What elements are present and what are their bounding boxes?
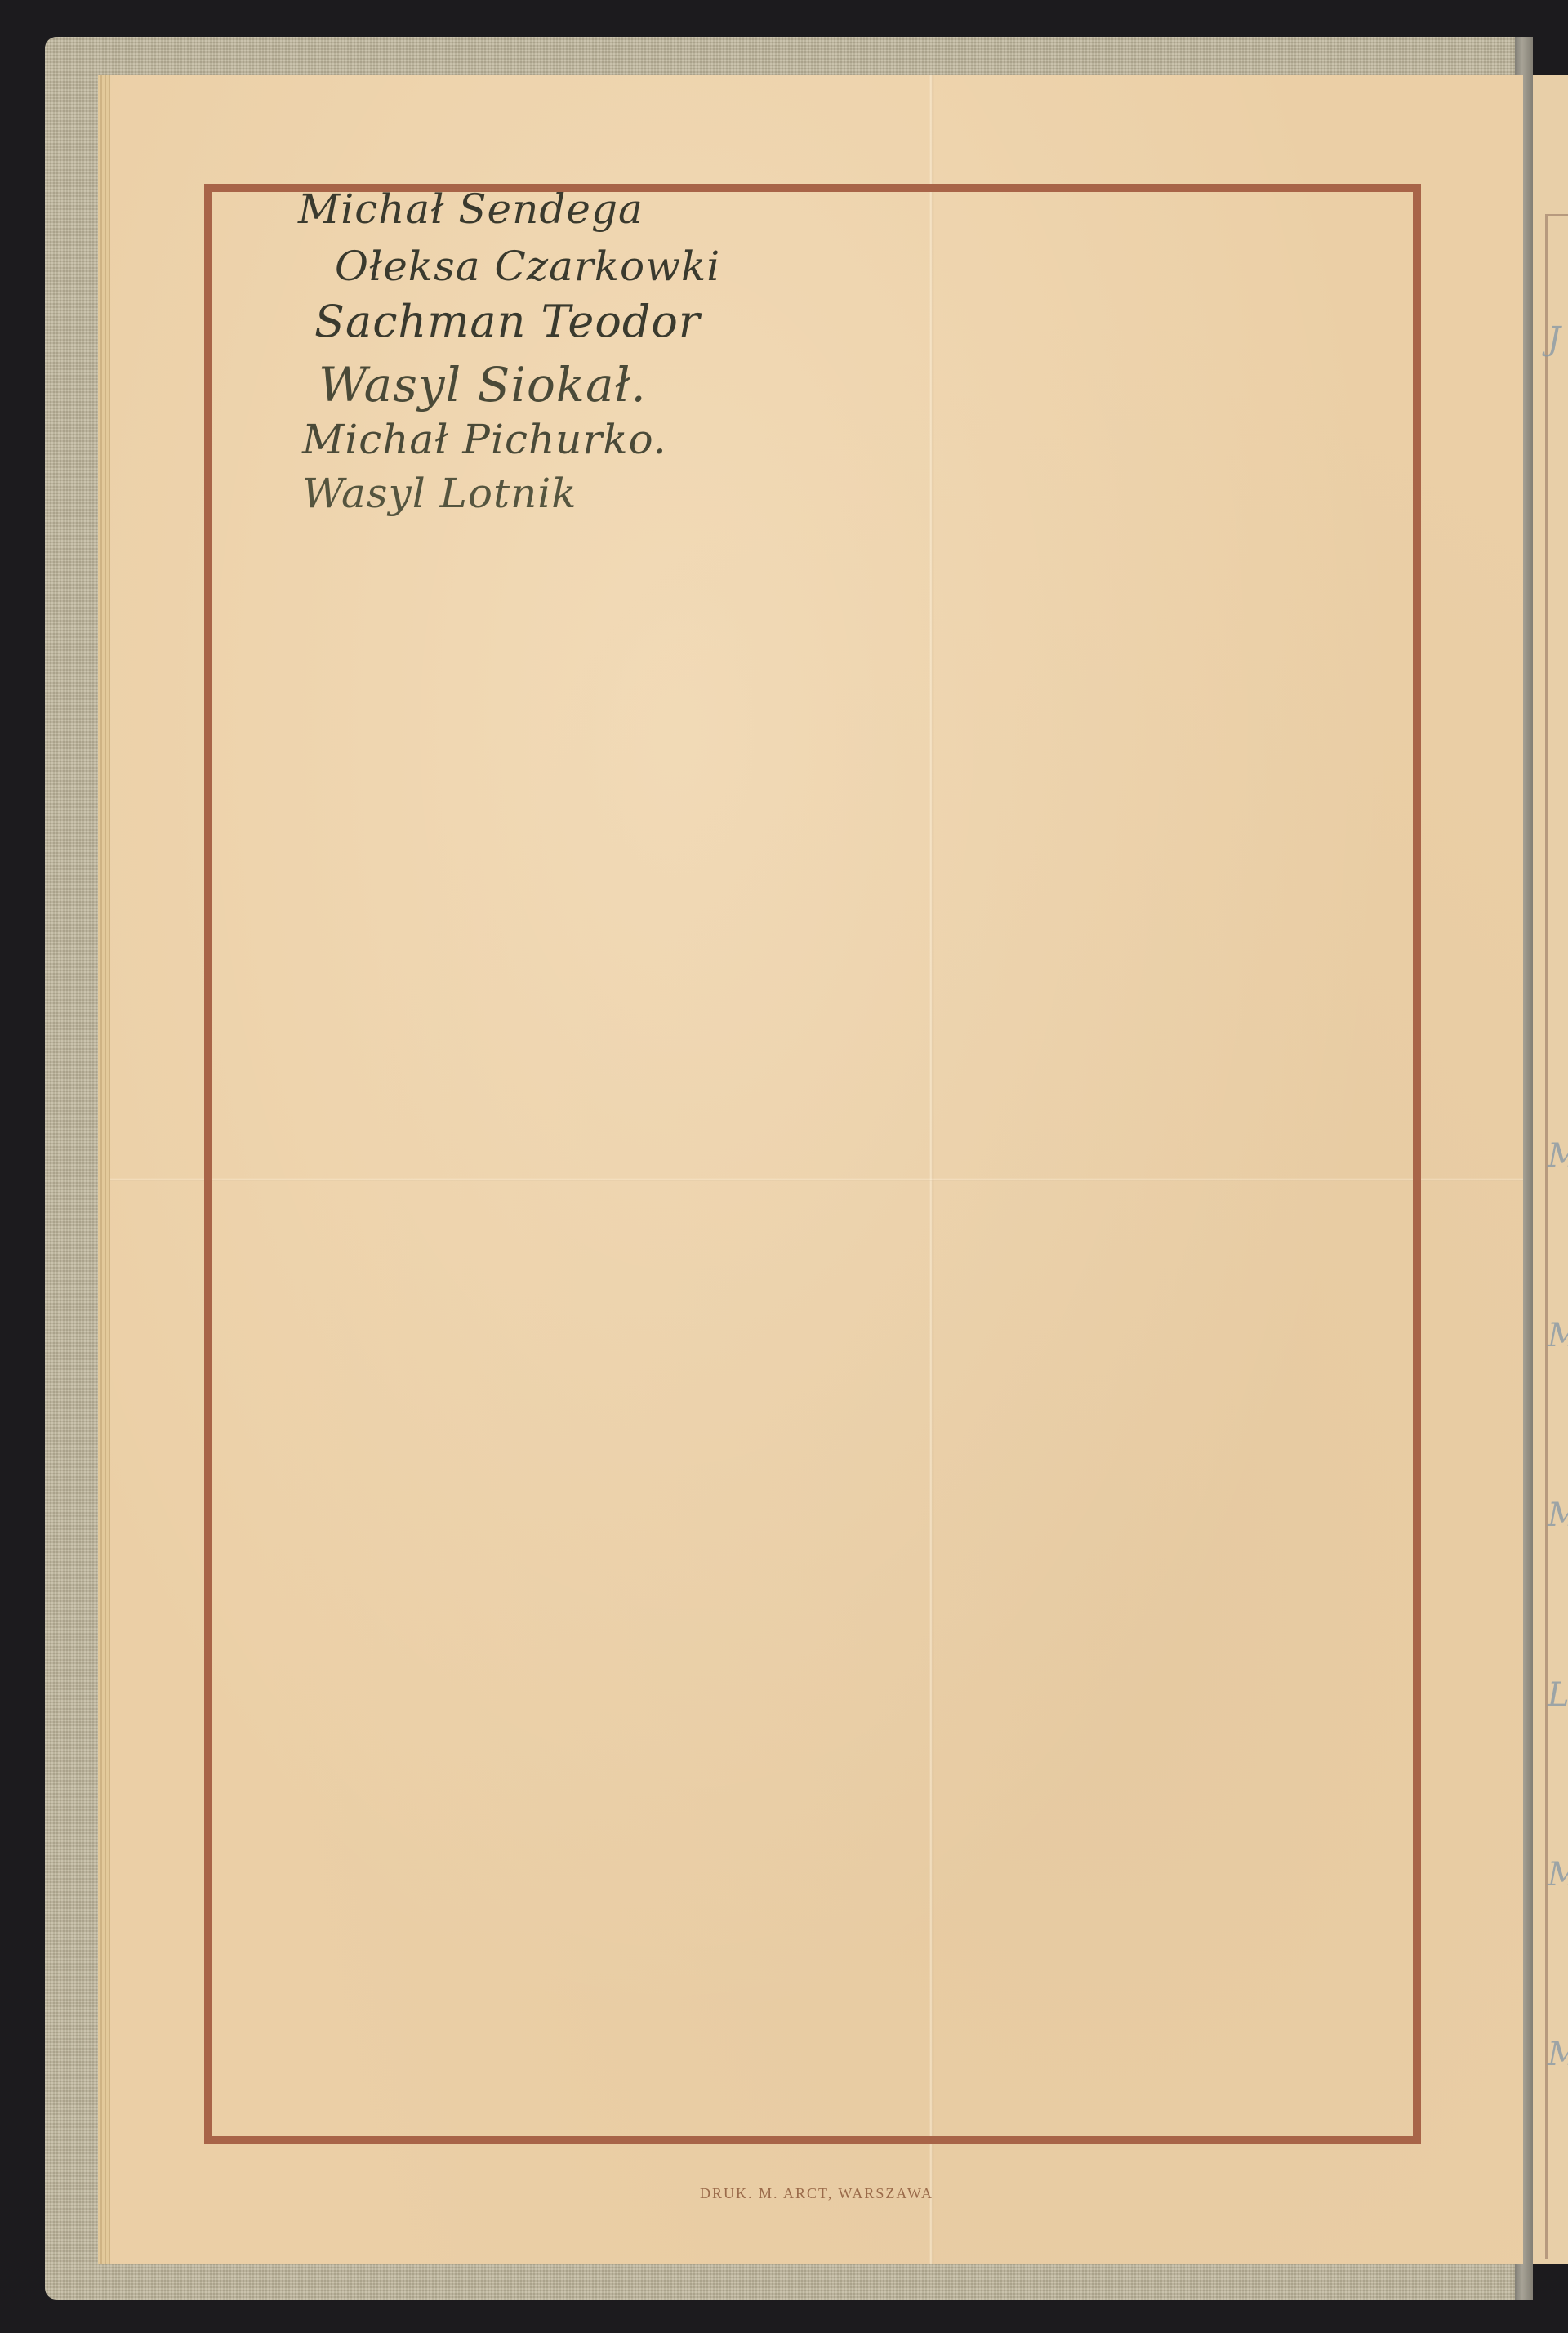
- adjacent-page-glyph: M: [1548, 1856, 1568, 1894]
- adjacent-page-frame: [1545, 214, 1568, 2259]
- adjacent-page-glyph: M: [1548, 1317, 1568, 1354]
- adjacent-page-edge: J M M M L M M: [1533, 75, 1568, 2264]
- adjacent-page-glyph: L: [1548, 1676, 1568, 1714]
- signature-line: Michał Sendega: [298, 185, 644, 233]
- adjacent-page-glyph: J: [1548, 320, 1568, 358]
- signature-line: Michał Pichurko.: [302, 416, 667, 463]
- signature-line: Sachman Teodor: [314, 296, 701, 347]
- document-page: Michał Sendega Ołeksa Czarkowki Sachman …: [110, 75, 1523, 2264]
- printer-imprint: DRUK. M. ARCT, WARSZAWA: [110, 2185, 1523, 2202]
- adjacent-page-glyph: M: [1548, 1497, 1568, 1534]
- adjacent-page-glyph: M: [1548, 2036, 1568, 2073]
- adjacent-page-glyph: M: [1548, 1137, 1568, 1175]
- signature-line: Ołeksa Czarkowki: [335, 243, 720, 290]
- signature-line: Wasyl Siokał.: [318, 357, 647, 413]
- signature-line: Wasyl Lotnik: [302, 470, 577, 517]
